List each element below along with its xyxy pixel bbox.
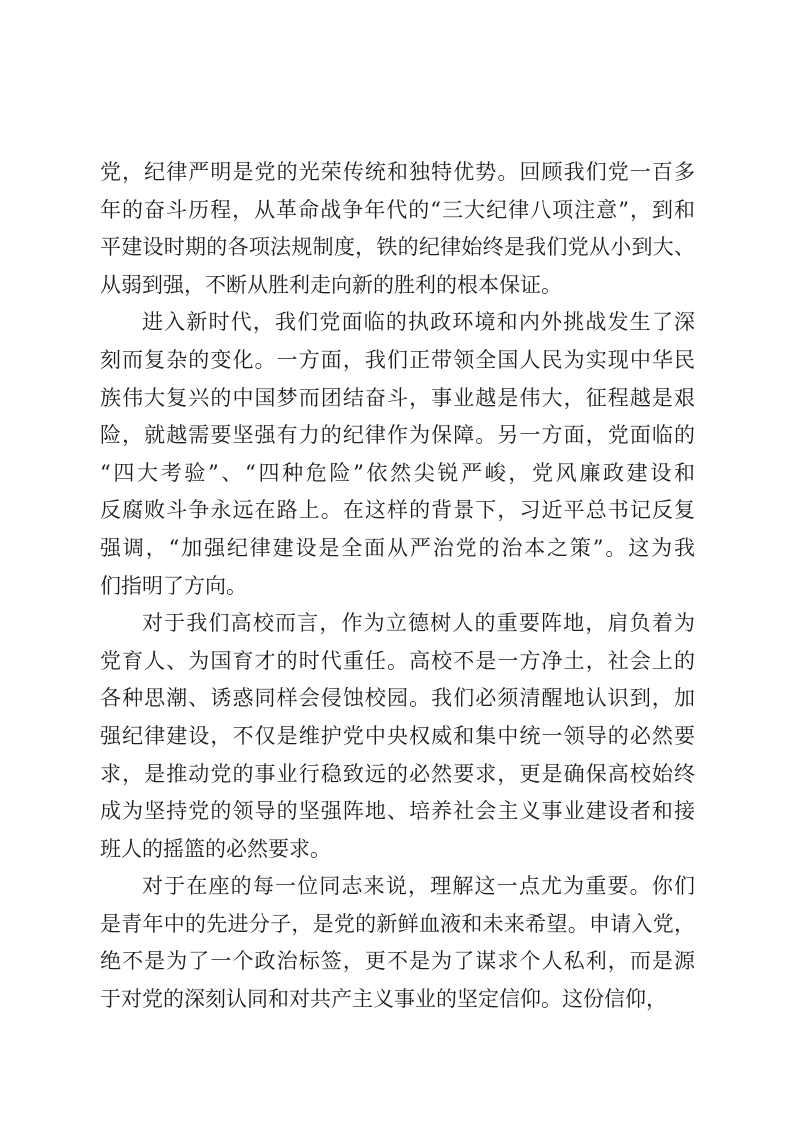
text-line: 党，纪律严明是党的光荣传统和独特优势。回顾我们党一百多 — [100, 154, 695, 192]
text-line: 是青年中的先进分子，是党的新鲜血液和未来希望。申请入党， — [100, 906, 695, 944]
text-line: 党育人、为国育才的时代重任。高校不是一方净土，社会上的 — [100, 643, 695, 681]
text-line: 年的奋斗历程，从革命战争年代的“三大纪律八项注意”，到和 — [100, 192, 695, 230]
text-line: 平建设时期的各项法规制度，铁的纪律始终是我们党从小到大、 — [100, 229, 695, 267]
text-line: “四大考验”、“四种危险”依然尖锐严峻，党风廉政建设和 — [100, 455, 695, 493]
paragraph: 党，纪律严明是党的光荣传统和独特优势。回顾我们党一百多年的奋斗历程，从革命战争年… — [100, 154, 695, 304]
text-line: 各种思潮、诱惑同样会侵蚀校园。我们必须清醒地认识到，加 — [100, 680, 695, 718]
text-line: 反腐败斗争永远在路上。在这样的背景下，习近平总书记反复 — [100, 492, 695, 530]
text-line: 求，是推动党的事业行稳致远的必然要求，更是确保高校始终 — [100, 756, 695, 794]
text-line: 强纪律建设，不仅是维护党中央权威和集中统一领导的必然要 — [100, 718, 695, 756]
paragraph: 对于我们高校而言，作为立德树人的重要阵地，肩负着为党育人、为国育才的时代重任。高… — [100, 605, 695, 868]
paragraph: 进入新时代，我们党面临的执政环境和内外挑战发生了深刻而复杂的变化。一方面，我们正… — [100, 304, 695, 605]
text-line: 们指明了方向。 — [100, 568, 695, 606]
paragraph: 对于在座的每一位同志来说，理解这一点尤为重要。你们是青年中的先进分子，是党的新鲜… — [100, 868, 695, 1018]
text-line: 对于我们高校而言，作为立德树人的重要阵地，肩负着为 — [100, 605, 695, 643]
text-line: 绝不是为了一个政治标签，更不是为了谋求个人私利，而是源 — [100, 943, 695, 981]
text-line: 进入新时代，我们党面临的执政环境和内外挑战发生了深 — [100, 304, 695, 342]
text-line: 班人的摇篮的必然要求。 — [100, 831, 695, 869]
text-line: 刻而复杂的变化。一方面，我们正带领全国人民为实现中华民 — [100, 342, 695, 380]
text-line: 险，就越需要坚强有力的纪律作为保障。另一方面，党面临的 — [100, 417, 695, 455]
text-block: 党，纪律严明是党的光荣传统和独特优势。回顾我们党一百多年的奋斗历程，从革命战争年… — [100, 154, 695, 1019]
text-line: 从弱到强，不断从胜利走向新的胜利的根本保证。 — [100, 267, 695, 305]
text-line: 强调，“加强纪律建设是全面从严治党的治本之策”。这为我 — [100, 530, 695, 568]
text-line: 族伟大复兴的中国梦而团结奋斗，事业越是伟大，征程越是艰 — [100, 380, 695, 418]
document-page: 党，纪律严明是党的光荣传统和独特优势。回顾我们党一百多年的奋斗历程，从革命战争年… — [0, 0, 793, 1122]
text-line: 成为坚持党的领导的坚强阵地、培养社会主义事业建设者和接 — [100, 793, 695, 831]
text-line: 对于在座的每一位同志来说，理解这一点尤为重要。你们 — [100, 868, 695, 906]
text-line: 于对党的深刻认同和对共产主义事业的坚定信仰。这份信仰， — [100, 981, 695, 1019]
